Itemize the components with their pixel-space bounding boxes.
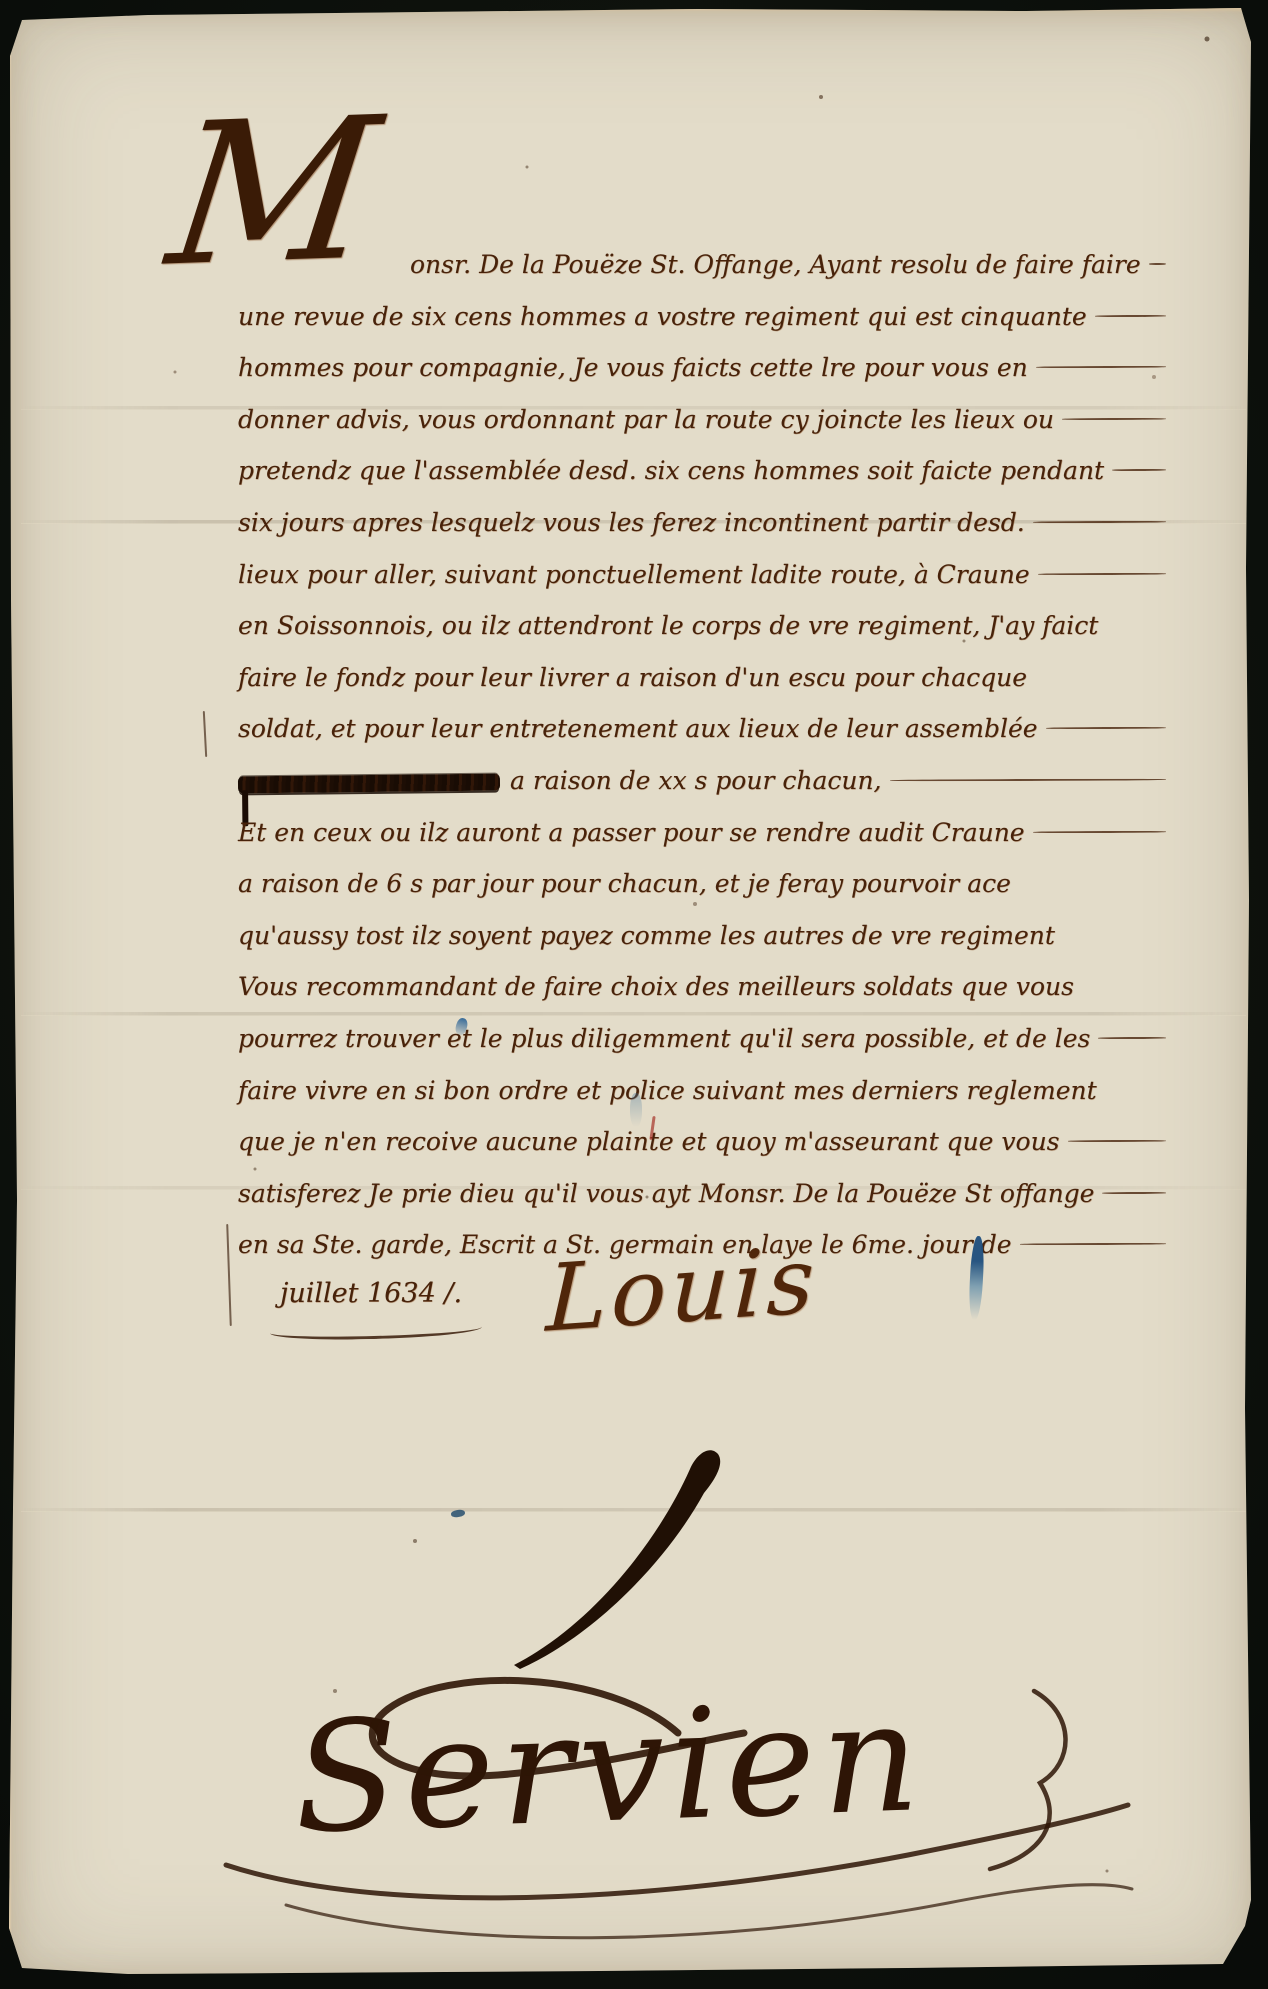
manuscript-line-text: Vous recommandant de faire choix des mei… [238, 967, 1074, 1007]
manuscript-line-text: soldat, et pour leur entretenement aux l… [238, 709, 1038, 749]
countersignature-undersweep-2 [286, 1885, 1132, 1938]
manuscript-line-text: six jours apres lesquelz vous les ferez … [238, 503, 1025, 543]
line-filler-dash [1149, 263, 1166, 265]
manuscript-line-text: Et en ceux ou ilz auront a passer pour s… [238, 813, 1025, 853]
countersignature-block: Servien [178, 1403, 1158, 1963]
line-filler-dash [1062, 418, 1166, 420]
manuscript-line: pourrez trouver et le plus diligemment q… [238, 1019, 1166, 1059]
manuscript-line: faire vivre en si bon ordre et police su… [238, 1071, 1166, 1111]
manuscript-line: pretendz que l'assemblée desd. six cens … [238, 451, 1166, 491]
manuscript-line: a raison de 6 s par jour pour chacun, et… [238, 864, 1166, 904]
manuscript-line: donner advis, vous ordonnant par la rout… [238, 400, 1166, 440]
manuscript-line-text: en Soissonnois, ou ilz attendront le cor… [238, 606, 1098, 646]
line-filler-dash [1036, 366, 1166, 368]
manuscript-line-text: une revue de six cens hommes a vostre re… [238, 297, 1087, 337]
manuscript-line-text: que je n'en recoive aucune plainte et qu… [238, 1122, 1060, 1162]
margin-hairline-1 [203, 711, 207, 757]
photo-background: M onsr. De la Pouëze St. Offange, Ayant … [0, 0, 1268, 1989]
line-filler-dash [1046, 727, 1166, 729]
margin-hairline-2 [226, 1224, 232, 1326]
fold-crease-3 [21, 1012, 1246, 1016]
manuscript-line: satisferez Je prie dieu qu'il vous ayt M… [238, 1174, 1166, 1214]
date-line: juillet 1634 /. [280, 1278, 462, 1309]
line-filler-dash [1098, 1037, 1166, 1039]
manuscript-line: Et en ceux ou ilz auront a passer pour s… [238, 813, 1166, 853]
manuscript-line-text: faire vivre en si bon ordre et police su… [238, 1071, 1097, 1111]
manuscript-line-text: pretendz que l'assemblée desd. six cens … [238, 451, 1104, 491]
manuscript-line: onsr. De la Pouëze St. Offange, Ayant re… [410, 245, 1166, 285]
manuscript-line: que je n'en recoive aucune plainte et qu… [238, 1122, 1166, 1162]
manuscript-line-text: pourrez trouver et le plus diligemment q… [238, 1019, 1090, 1059]
manuscript-line: six jours apres lesquelz vous les ferez … [238, 503, 1166, 543]
line-filler-dash [1038, 572, 1166, 574]
line-filler-dash [1112, 469, 1166, 471]
manuscript-line: en Soissonnois, ou ilz attendront le cor… [238, 606, 1166, 646]
manuscript-line: qu'aussy tost ilz soyent payez comme les… [238, 916, 1166, 956]
manuscript-line-text: a raison de xx s pour chacun, [510, 761, 882, 801]
manuscript-line: a raison de xx s pour chacun, [238, 761, 1166, 801]
manuscript-line-text: lieux pour aller, suivant ponctuellement… [238, 555, 1030, 595]
ink-specks [8, 8, 10, 10]
manuscript-line: Vous recommandant de faire choix des mei… [238, 967, 1166, 1007]
manuscript-line-text: a raison de 6 s par jour pour chacun, et… [238, 864, 1011, 904]
line-filler-dash [890, 779, 1166, 782]
manuscript-line-text: satisferez Je prie dieu qu'il vous ayt M… [238, 1174, 1094, 1214]
line-filler-dash [1095, 314, 1166, 316]
manuscript-line-text: onsr. De la Pouëze St. Offange, Ayant re… [410, 245, 1141, 285]
manuscript-line-text: donner advis, vous ordonnant par la rout… [238, 400, 1054, 440]
manuscript-line-text: faire le fondz pour leur livrer a raison… [238, 658, 1027, 698]
manuscript-line-text: hommes pour compagnie, Je vous faicts ce… [238, 348, 1028, 388]
manuscript-line: soldat, et pour leur entretenement aux l… [238, 709, 1166, 749]
struck-out-text [238, 774, 500, 794]
manuscript-line: lieux pour aller, suivant ponctuellement… [238, 555, 1166, 595]
blue-ink-ghost [630, 1093, 642, 1127]
initial-letter-m: M [161, 97, 386, 290]
manuscript-line: faire le fondz pour leur livrer a raison… [238, 658, 1166, 698]
line-filler-dash [1102, 1192, 1166, 1194]
line-filler-dash [1068, 1140, 1166, 1142]
date-underline [270, 1322, 482, 1341]
manuscript-paper: M onsr. De la Pouëze St. Offange, Ayant … [8, 8, 1258, 1980]
countersignature-paraph [990, 1691, 1066, 1869]
signature-flourish-arc [514, 1450, 720, 1669]
manuscript-line: une revue de six cens hommes a vostre re… [238, 297, 1166, 337]
line-filler-dash [1020, 1243, 1166, 1246]
royal-signature: Louis [544, 1226, 819, 1353]
line-filler-dash [1033, 830, 1166, 832]
manuscript-line: hommes pour compagnie, Je vous faicts ce… [238, 348, 1166, 388]
line-filler-dash [1033, 521, 1166, 523]
manuscript-line-text: qu'aussy tost ilz soyent payez comme les… [238, 916, 1055, 956]
